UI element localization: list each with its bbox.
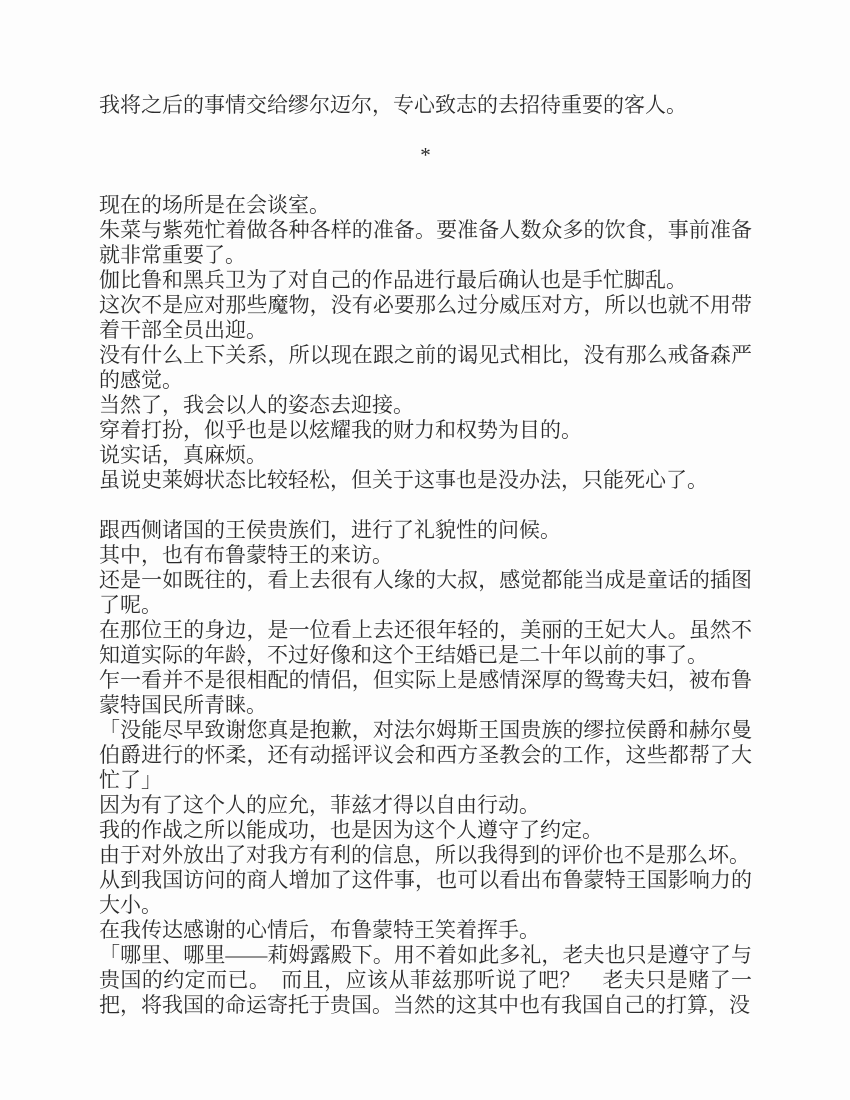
- paragraph: 说实话，真麻烦。: [99, 443, 752, 468]
- paragraph: 伽比鲁和黑兵卫为了对自己的作品进行最后确认也是手忙脚乱。: [99, 268, 752, 293]
- paragraph: 当然了，我会以人的姿态去迎接。: [99, 393, 752, 418]
- paragraph: 朱菜与紫苑忙着做各种各样的准备。要准备人数众多的饮食，事前准备就非常重要了。: [99, 218, 752, 268]
- paragraph-opening: 我将之后的事情交给缪尔迈尔，专心致志的去招待重要的客人。: [99, 93, 752, 118]
- paragraph-dialogue: 「没能尽早致谢您真是抱歉，对法尔姆斯王国贵族的缪拉侯爵和赫尔曼伯爵进行的怀柔，还…: [99, 718, 752, 793]
- paragraph: 由于对外放出了对我方有利的信息，所以我得到的评价也不是那么坏。: [99, 843, 752, 868]
- novel-page: 我将之后的事情交给缪尔迈尔，专心致志的去招待重要的客人。 * 现在的场所是在会谈…: [0, 0, 850, 1100]
- paragraph: 我的作战之所以能成功，也是因为这个人遵守了约定。: [99, 818, 752, 843]
- paragraph: 还是一如既往的，看上去很有人缘的大叔，感觉都能当成是童话的插图了呢。: [99, 568, 752, 618]
- paragraph: 从到我国访问的商人增加了这件事，也可以看出布鲁蒙特王国影响力的大小。: [99, 868, 752, 918]
- section-separator: *: [99, 143, 752, 168]
- paragraph: 在我传达感谢的心情后，布鲁蒙特王笑着挥手。: [99, 918, 752, 943]
- paragraph: 穿着打扮，似乎也是以炫耀我的财力和权势为目的。: [99, 418, 752, 443]
- paragraph: 在那位王的身边，是一位看上去还很年轻的，美丽的王妃大人。虽然不知道实际的年龄，不…: [99, 618, 752, 668]
- paragraph: 其中，也有布鲁蒙特王的来访。: [99, 543, 752, 568]
- paragraph-dialogue: 「哪里、哪里——莉姆露殿下。用不着如此多礼，老夫也只是遵守了与贵国的约定而已。 …: [99, 943, 752, 1018]
- paragraph: 虽说史莱姆状态比较轻松，但关于这事也是没办法，只能死心了。: [99, 468, 752, 493]
- paragraph: 跟西侧诸国的王侯贵族们，进行了礼貌性的问候。: [99, 518, 752, 543]
- paragraph: 因为有了这个人的应允，菲兹才得以自由行动。: [99, 793, 752, 818]
- paragraph: 没有什么上下关系，所以现在跟之前的谒见式相比，没有那么戒备森严的感觉。: [99, 343, 752, 393]
- paragraph-gap: [99, 493, 752, 518]
- paragraph: 这次不是应对那些魔物，没有必要那么过分威压对方，所以也就不用带着干部全员出迎。: [99, 293, 752, 343]
- paragraph: 现在的场所是在会谈室。: [99, 193, 752, 218]
- novel-text-body: 我将之后的事情交给缪尔迈尔，专心致志的去招待重要的客人。 * 现在的场所是在会谈…: [99, 93, 752, 1018]
- paragraph: 乍一看并不是很相配的情侣，但实际上是感情深厚的鸳鸯夫妇，被布鲁蒙特国民所青睐。: [99, 668, 752, 718]
